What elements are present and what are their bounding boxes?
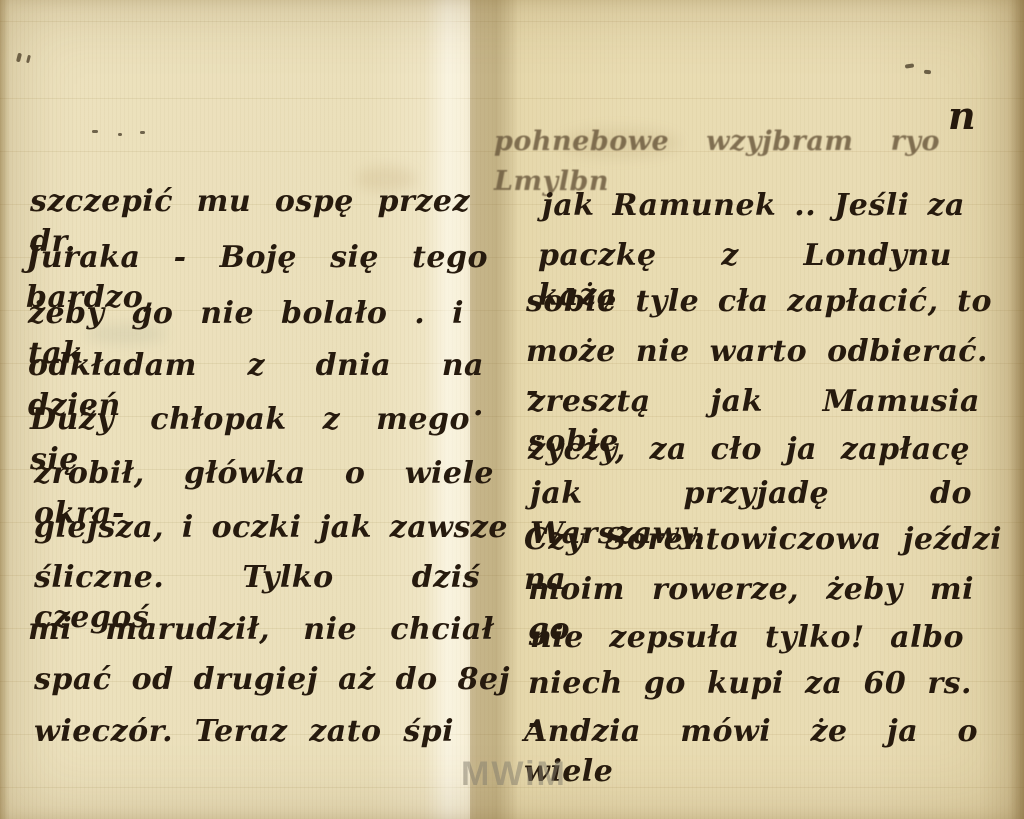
ink-speck <box>140 131 145 134</box>
handwritten-stroke: n <box>948 96 992 136</box>
handwritten-line: sobie tyle cła zapłacić, to <box>526 282 992 322</box>
handwritten-line: nie zepsuła tylko! albo <box>530 618 964 658</box>
ink-speck <box>92 130 98 133</box>
handwritten-line: mi marudził, nie chciał <box>28 610 494 650</box>
ink-speck <box>924 70 931 75</box>
handwritten-line: glejsza, i oczki jak zawsze <box>34 508 508 548</box>
ink-speck <box>118 133 122 136</box>
letter-scan: szczepić mu ospę przez dr. Juraka - Boję… <box>0 0 1024 819</box>
handwritten-line: życzy, za cło ja zapłacę <box>528 430 970 470</box>
watermark: MWiM <box>461 755 567 794</box>
handwritten-line: wieczór. Teraz zato śpi <box>34 712 454 752</box>
handwritten-line: spać od drugiej aż do 8ej <box>34 660 510 700</box>
handwritten-line: jak Ramunek .. Jeśli za <box>542 186 965 226</box>
handwritten-line: Andzia mówi że ja o wiele <box>524 712 978 792</box>
